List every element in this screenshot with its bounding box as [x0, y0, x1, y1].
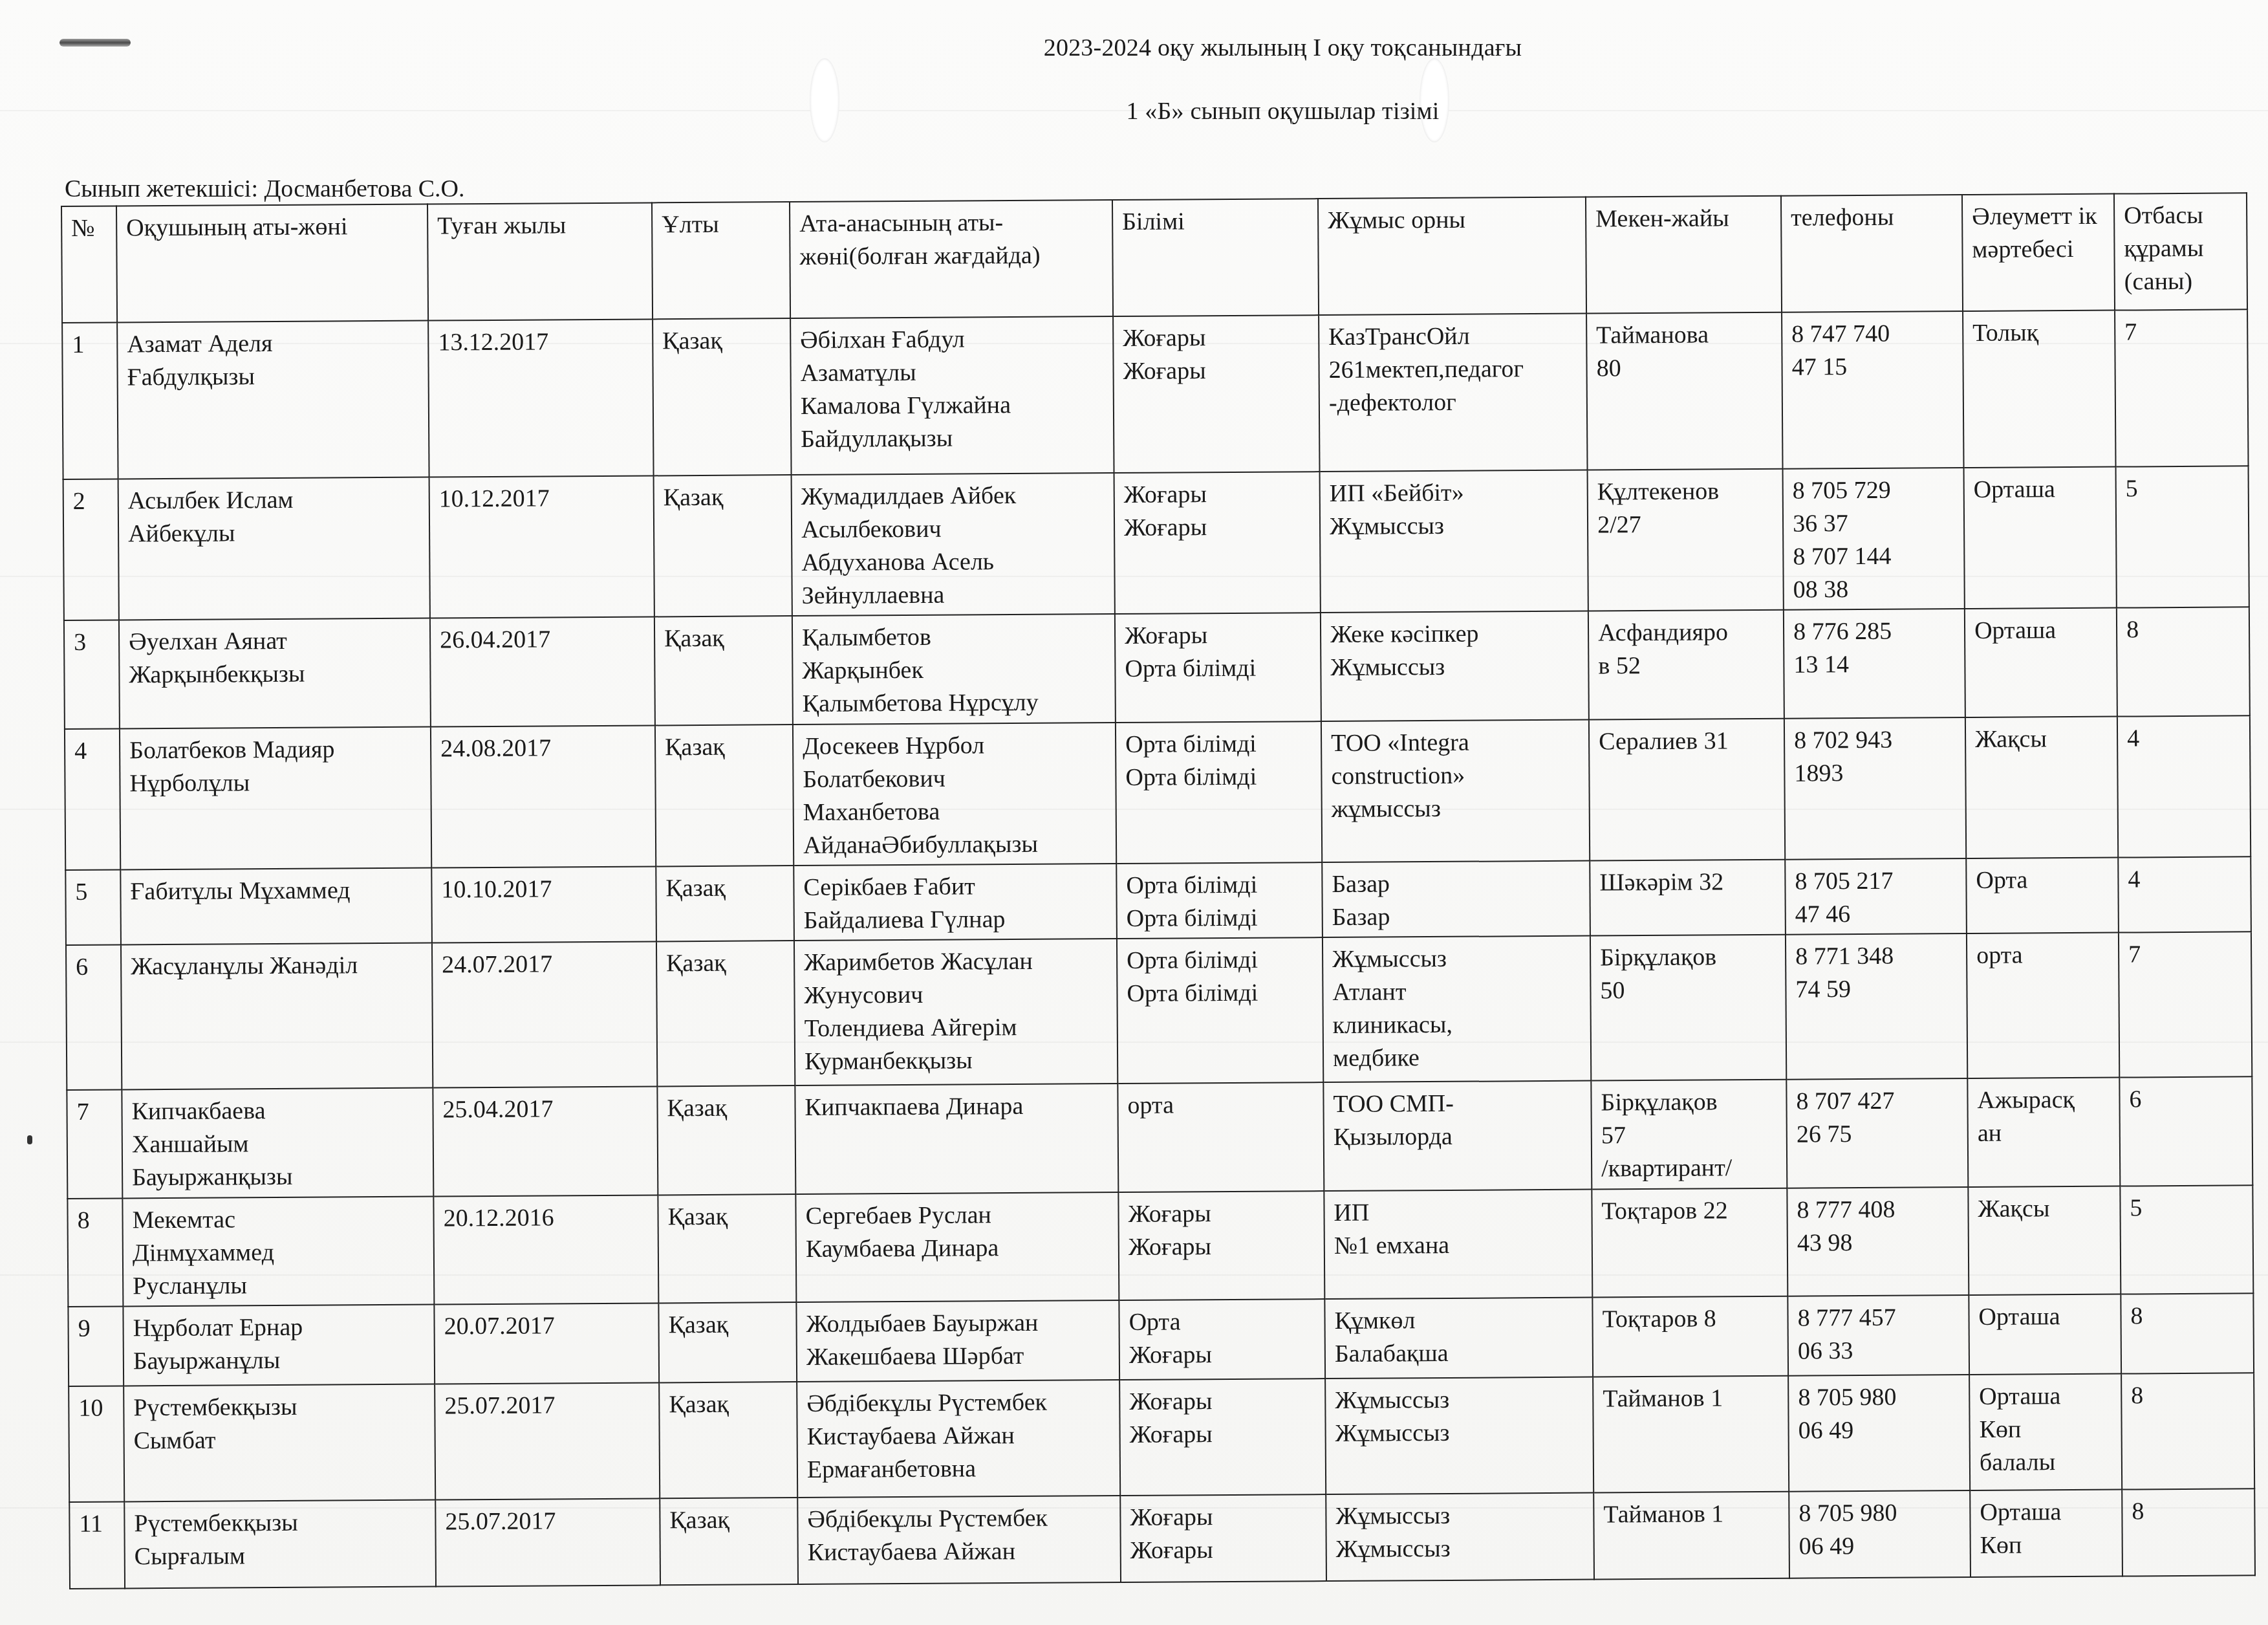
cell-address: Сералиев 31: [1589, 719, 1785, 861]
cell-birth-date: 26.04.2017: [430, 616, 655, 726]
cell-birth-date: 24.07.2017: [432, 941, 657, 1087]
cell-parents: Жаримбетов ЖасұланЖунусовичТолендиева Ай…: [794, 939, 1118, 1085]
cell-address: Тайманова80: [1586, 312, 1782, 470]
cell-address-line: Шәкәрім 32: [1599, 866, 1778, 900]
cell-address-line: Сералиев 31: [1599, 725, 1777, 759]
cell-education-line: Жоғары: [1123, 354, 1312, 388]
cell-social-status-line: Орташа: [1978, 1300, 2113, 1334]
cell-parents-line: Сергебаев Руслан: [805, 1198, 1111, 1233]
header-number: №: [61, 206, 117, 323]
cell-social-status: ОрташаКөп: [1970, 1490, 2122, 1577]
table-row: 6Жасұланұлы Жанәділ24.07.2017ҚазақЖаримб…: [66, 932, 2252, 1090]
table-row: 10РүстембекқызыСымбат25.07.2017ҚазақӘбді…: [69, 1373, 2254, 1502]
cell-education-line: орта: [1127, 1088, 1316, 1122]
cell-workplace: ИП№1 емхана: [1324, 1190, 1592, 1300]
cell-education: ЖоғарыЖоғары: [1118, 1191, 1324, 1300]
cell-nationality: Қазақ: [656, 941, 795, 1086]
cell-education: Орта білімдіОрта білімді: [1116, 862, 1323, 939]
cell-nationality: Қазақ: [659, 1382, 797, 1498]
cell-student-name-line: Кипчакбаева: [131, 1094, 426, 1129]
cell-education-line: Жоғары: [1130, 1500, 1319, 1534]
cell-student-name-line: Сырғалым: [135, 1539, 429, 1574]
cell-student-name-line: Мекемтас: [132, 1203, 426, 1238]
cell-education-line: Жоғары: [1125, 618, 1313, 653]
cell-parents: Кипчакпаева Динара: [795, 1084, 1118, 1194]
cell-parents-line: Жолдыбаев Бауыржан: [806, 1306, 1112, 1341]
cell-phone-line: 8 705 980: [1798, 1496, 1963, 1531]
cell-number: 5: [65, 869, 121, 945]
cell-number: 4: [65, 728, 120, 870]
cell-workplace: КазТрансОйл261мектеп,педагог-дефектолог: [1319, 314, 1587, 472]
cell-phone: 8 702 9431893: [1784, 717, 1966, 860]
cell-workplace: ЖұмыссызАтлантклиникасы,медбике: [1323, 936, 1591, 1083]
cell-workplace: ЖұмыссызЖұмыссыз: [1325, 1377, 1593, 1495]
cell-student-name: Нұрболат ЕрнарБауыржанұлы: [123, 1305, 435, 1386]
scan-speck: [27, 1135, 32, 1144]
cell-address: Тоқтаров 8: [1592, 1296, 1788, 1377]
cell-education-line: Жоғары: [1128, 1197, 1317, 1231]
cell-parents-line: Қалымбетова Нұрсұлу: [803, 686, 1108, 721]
cell-workplace: Жеке кәсіпкерЖұмыссыз: [1321, 611, 1589, 722]
cell-phone-line: 8 705 729: [1793, 474, 1957, 508]
cell-family-size: 8: [2121, 1373, 2254, 1489]
cell-student-name-line: Болатбеков Мадияр: [129, 733, 424, 768]
class-supervisor: Сынып жетекшісі: Досманбетова С.О.: [65, 175, 465, 203]
cell-parents-line: Зейнуллаевна: [802, 578, 1108, 613]
cell-workplace-line: жұмыссыз: [1332, 792, 1582, 826]
cell-workplace: ЖұмыссызЖұмыссыз: [1326, 1493, 1594, 1582]
cell-nationality: Қазақ: [654, 616, 793, 725]
cell-phone-line: 06 49: [1798, 1413, 1962, 1448]
cell-social-status: Орташа: [1969, 1294, 2121, 1375]
cell-parents: Досекеев НұрболБолатбековичМаханбетоваАй…: [793, 723, 1116, 866]
cell-workplace-line: Қызылорда: [1334, 1120, 1584, 1154]
cell-parents-line: Маханбетова: [803, 794, 1109, 829]
cell-parents-line: Камалова Гүлжайна: [801, 388, 1107, 423]
table-row: 7КипчакбаеваХаншайымБауыржанқызы25.04.20…: [67, 1076, 2252, 1199]
cell-parents-line: Қалымбетов: [802, 620, 1108, 655]
cell-student-name-line: Азамат Аделя: [127, 327, 421, 362]
cell-education-line: Жоғары: [1129, 1230, 1317, 1264]
cell-parents-line: Байдалиева Гүлнар: [804, 902, 1110, 937]
cell-phone: 8 705 98006 49: [1789, 1490, 1971, 1578]
cell-phone-line: 8 707 427: [1796, 1084, 1960, 1118]
cell-student-name-line: Рүстембекқызы: [133, 1390, 427, 1425]
table-row: 9Нұрболат ЕрнарБауыржанұлы20.07.2017Қаза…: [68, 1293, 2254, 1386]
cell-phone: 8 771 34874 59: [1786, 933, 1967, 1080]
cell-workplace-line: -дефектолог: [1329, 386, 1580, 420]
cell-address-line: 2/27: [1597, 508, 1776, 542]
cell-number: 7: [67, 1089, 122, 1199]
cell-parents-line: Азаматұлы: [800, 355, 1106, 390]
cell-phone-line: 8 707 144: [1793, 540, 1957, 574]
cell-family-size: 5: [2120, 1185, 2253, 1294]
header-birth-date: Туған жылы: [427, 202, 653, 320]
cell-parents: Жумадилдаев АйбекАсылбековичАбдуханова А…: [792, 473, 1115, 616]
cell-social-status-line: Ажырасқ: [1977, 1084, 2112, 1117]
cell-social-status: Ажырасқан: [1967, 1078, 2120, 1187]
cell-address-line: в 52: [1598, 649, 1777, 683]
cell-education: Орта білімдіОрта білімді: [1117, 937, 1323, 1084]
cell-birth-date: 20.07.2017: [434, 1303, 659, 1384]
header-education: Білімі: [1112, 199, 1319, 316]
document-subtitle: 1 «Б» сынып оқушылар тізімі: [149, 97, 2268, 125]
cell-number: 10: [69, 1386, 124, 1502]
cell-workplace-line: Базар: [1332, 900, 1583, 934]
cell-student-name: Асылбек ИсламАйбекұлы: [118, 477, 430, 620]
cell-student-name: РүстембекқызыСымбат: [124, 1384, 435, 1502]
cell-phone-line: 8 777 457: [1797, 1301, 1961, 1335]
cell-student-name-line: Русланұлы: [133, 1269, 427, 1303]
cell-nationality: Қазақ: [655, 725, 794, 866]
cell-address: Асфандияров 52: [1588, 610, 1784, 720]
cell-parents-line: Жакешбаева Шәрбат: [806, 1339, 1112, 1374]
cell-workplace-line: Жұмыссыз: [1332, 942, 1583, 976]
cell-parents-line: Кипчакпаева Динара: [805, 1089, 1110, 1124]
cell-social-status: Жақсы: [1968, 1186, 2121, 1295]
cell-education-line: Жоғары: [1129, 1384, 1318, 1419]
cell-student-name: Жасұланұлы Жанәділ: [121, 943, 433, 1090]
cell-family-size: 7: [2119, 932, 2252, 1077]
cell-address: Тайманов 1: [1593, 1492, 1789, 1580]
table-body: 1Азамат АделяҒабдулқызы13.12.2017ҚазақӘб…: [62, 309, 2255, 1589]
table-row: 8МекемтасДінмұхаммедРусланұлы20.12.2016Қ…: [67, 1185, 2253, 1307]
cell-parents-line: Кистаубаева Айжан: [808, 1534, 1114, 1569]
cell-family-size: 8: [2122, 1489, 2255, 1576]
document-title: 2023-2024 оқу жылының І оқу тоқсанындағы: [149, 34, 2268, 62]
cell-workplace-line: Құмкөл: [1334, 1303, 1585, 1338]
cell-social-status-line: Орташа: [1974, 614, 2110, 648]
cell-birth-date: 10.10.2017: [431, 866, 656, 943]
cell-phone-line: 8 747 740: [1791, 317, 1956, 351]
cell-education: ЖоғарыОрта білімді: [1115, 613, 1321, 723]
cell-workplace-line: ТОО СМП-: [1333, 1087, 1584, 1121]
cell-number: 8: [67, 1198, 123, 1307]
cell-workplace-line: клиникасы,: [1333, 1008, 1584, 1042]
cell-phone: 8 776 28513 14: [1784, 609, 1965, 719]
cell-nationality: Қазақ: [653, 318, 791, 475]
cell-workplace-line: Жұмыссыз: [1336, 1532, 1587, 1566]
cell-address-line: Тоқтаров 22: [1601, 1194, 1780, 1228]
cell-address: Тоқтаров 22: [1592, 1188, 1787, 1298]
cell-education: ЖоғарыЖоғары: [1113, 315, 1319, 473]
cell-workplace-line: Жұмыссыз: [1330, 509, 1581, 543]
cell-social-status-line: балалы: [1980, 1446, 2115, 1479]
cell-education-line: Жоғары: [1130, 1533, 1319, 1567]
cell-student-name-line: Жарқынбекқызы: [129, 657, 423, 692]
cell-address-line: Бірқұлақов: [1601, 1085, 1779, 1120]
cell-phone-line: 8 776 285: [1793, 615, 1958, 649]
cell-address: Бірқұлақов57/квартирант/: [1591, 1080, 1787, 1190]
cell-social-status: ОрташаКөпбалалы: [1969, 1374, 2122, 1490]
cell-number: 11: [69, 1501, 125, 1589]
cell-student-name-line: Жасұланұлы Жанәділ: [131, 949, 425, 984]
cell-number: 6: [66, 944, 122, 1090]
cell-parents-line: Әбілхан Ғабдул: [800, 322, 1106, 357]
cell-social-status-line: Толық: [1972, 316, 2108, 350]
cell-phone-line: 26 75: [1797, 1117, 1961, 1151]
header-parents: Ата-анасының аты-жөні(болған жағдайда): [790, 200, 1113, 318]
cell-social-status: Орташа: [1965, 608, 2117, 717]
cell-social-status: Орта: [1966, 858, 2119, 933]
cell-parents-line: Жумадилдаев Айбек: [801, 479, 1107, 514]
cell-address-line: Тайманов 1: [1603, 1382, 1781, 1416]
cell-birth-date: 25.04.2017: [433, 1086, 658, 1196]
header-nationality: Ұлты: [652, 202, 790, 319]
cell-education: ЖоғарыЖоғары: [1119, 1379, 1326, 1496]
cell-address: Құлтекенов2/27: [1588, 469, 1784, 611]
table-row: 3Әуелхан АянатЖарқынбекқызы26.04.2017Қаз…: [64, 607, 2250, 729]
cell-workplace-line: Жұмыссыз: [1330, 650, 1581, 684]
cell-nationality: Қазақ: [660, 1498, 798, 1585]
cell-education-line: Орта білімді: [1125, 760, 1314, 794]
cell-phone-line: 06 33: [1798, 1334, 1962, 1368]
cell-phone: 8 705 72936 378 707 14408 38: [1783, 468, 1965, 610]
cell-parents-line: Әбдібекұлы Рүстембек: [807, 1501, 1113, 1536]
cell-phone-line: 13 14: [1793, 648, 1958, 682]
cell-education-line: Жоғары: [1129, 1417, 1318, 1452]
cell-social-status-line: Жақсы: [1978, 1192, 2113, 1226]
cell-parents-line: Әбдібекұлы Рүстембек: [806, 1386, 1112, 1421]
header-family-size: Отбасы құрамы (саны): [2114, 193, 2247, 310]
cell-workplace-line: КазТрансОйл: [1328, 320, 1579, 354]
cell-family-size: 4: [2118, 856, 2251, 932]
cell-family-size: 8: [2121, 1293, 2254, 1373]
header-social-status: Әлеуметт ік мәртебесі: [1962, 194, 2115, 311]
cell-address-line: 80: [1596, 351, 1775, 386]
header-student-name: Оқушының аты-жөні: [116, 204, 428, 323]
cell-education-line: Орта білімді: [1127, 976, 1315, 1010]
cell-workplace-line: №1 емхана: [1334, 1228, 1585, 1263]
cell-birth-date: 10.12.2017: [429, 475, 654, 618]
cell-education-line: Жоғары: [1124, 510, 1313, 545]
cell-family-size: 7: [2115, 309, 2248, 466]
cell-number: 3: [64, 620, 120, 729]
cell-student-name-line: Бауыржанқызы: [132, 1160, 426, 1195]
cell-education-line: Орта білімді: [1125, 727, 1314, 761]
cell-parents: Әбдібекұлы РүстембекКистаубаева АйжанЕрм…: [797, 1380, 1120, 1498]
cell-phone-line: 8 771 348: [1795, 939, 1960, 974]
cell-phone: 8 777 45706 33: [1787, 1295, 1969, 1376]
cell-student-name: Ғабитұлы Мұхаммед: [120, 868, 432, 945]
cell-parents-line: Абдуханова Асель: [801, 545, 1107, 580]
cell-family-size: 5: [2116, 466, 2249, 607]
cell-workplace-line: ИП: [1334, 1195, 1584, 1230]
cell-student-name-line: Айбекұлы: [128, 516, 422, 551]
cell-address-line: 57: [1601, 1118, 1780, 1153]
table-row: 11РүстембекқызыСырғалым25.07.2017ҚазақӘб…: [69, 1489, 2255, 1589]
cell-phone-line: 47 15: [1791, 350, 1956, 384]
staple-mark-icon: [59, 39, 131, 47]
cell-address: Бірқұлақов50: [1590, 935, 1786, 1081]
cell-parents-line: Курманбекқызы: [805, 1043, 1110, 1078]
cell-parents-line: Толендиева Айгерім: [805, 1010, 1110, 1045]
cell-student-name-line: Дінмұхаммед: [133, 1236, 427, 1271]
header-address: Мекен-жайы: [1586, 196, 1782, 314]
cell-number: 2: [63, 479, 119, 620]
cell-social-status-line: Орта: [1976, 864, 2111, 897]
cell-nationality: Қазақ: [658, 1302, 797, 1382]
cell-parents-line: Байдуллақызы: [801, 421, 1107, 456]
cell-social-status-line: Көп: [1979, 1413, 2114, 1446]
cell-social-status-line: Орташа: [1974, 473, 2109, 507]
cell-workplace: ИП «Бейбіт»Жұмыссыз: [1320, 470, 1588, 613]
cell-student-name-line: Бауыржанұлы: [133, 1344, 427, 1379]
cell-address-line: Тоқтаров 8: [1602, 1302, 1780, 1336]
cell-phone: 8 705 21747 46: [1785, 858, 1967, 935]
cell-phone-line: 36 37: [1793, 507, 1957, 541]
cell-address: Тайманов 1: [1593, 1376, 1789, 1493]
cell-phone-line: 8 705 217: [1795, 864, 1959, 899]
cell-parents-line: Жарқынбек: [802, 653, 1108, 688]
cell-social-status-line: Орташа: [1979, 1380, 2114, 1413]
cell-workplace: ҚұмкөлБалабақша: [1324, 1298, 1593, 1379]
cell-workplace-line: Атлант: [1332, 975, 1583, 1009]
cell-workplace-line: ТОО «Integra: [1331, 726, 1582, 760]
cell-student-name-line: Ғабдулқызы: [127, 360, 421, 395]
cell-workplace-line: construction»: [1331, 759, 1582, 793]
header-workplace: Жұмыс орны: [1318, 197, 1586, 316]
cell-student-name-line: Сымбат: [134, 1423, 428, 1458]
cell-family-size: 6: [2119, 1076, 2252, 1186]
cell-parents: Жолдыбаев БауыржанЖакешбаева Шәрбат: [796, 1300, 1119, 1382]
cell-birth-date: 24.08.2017: [431, 725, 656, 867]
cell-phone-line: 74 59: [1795, 972, 1960, 1007]
table-row: 2Асылбек ИсламАйбекұлы10.12.2017ҚазақЖум…: [63, 466, 2249, 620]
cell-parents-line: Асылбекович: [801, 512, 1107, 547]
cell-nationality: Қазақ: [654, 475, 792, 616]
cell-number: 9: [68, 1306, 124, 1386]
cell-phone: 8 777 40843 98: [1787, 1187, 1969, 1296]
cell-parents-line: Жунусович: [804, 977, 1110, 1012]
cell-parents-line: Кистаубаева Айжан: [806, 1419, 1112, 1454]
cell-education: Орта білімдіОрта білімді: [1116, 721, 1322, 864]
cell-phone: 8 707 42726 75: [1786, 1078, 1968, 1188]
scanned-page: 2023-2024 оқу жылының І оқу тоқсанындағы…: [0, 0, 2268, 1625]
cell-phone-line: 8 705 980: [1798, 1380, 1962, 1415]
cell-parents: Әбдібекұлы РүстембекКистаубаева Айжан: [797, 1496, 1121, 1584]
cell-address-line: 50: [1600, 974, 1778, 1008]
cell-family-size: 4: [2117, 715, 2251, 857]
cell-birth-date: 25.07.2017: [435, 1382, 660, 1500]
cell-social-status-line: Көп: [1980, 1529, 2115, 1562]
cell-workplace-line: ИП «Бейбіт»: [1330, 476, 1581, 510]
cell-social-status-line: Жақсы: [1975, 723, 2110, 756]
cell-workplace: ТОО «Integraconstruction»жұмыссыз: [1321, 720, 1590, 863]
cell-workplace: БазарБазар: [1322, 861, 1590, 938]
cell-nationality: Қазақ: [657, 1085, 795, 1195]
cell-nationality: Қазақ: [656, 866, 794, 941]
cell-family-size: 8: [2117, 607, 2250, 716]
cell-workplace-line: Жұмыссыз: [1335, 1383, 1586, 1417]
cell-phone-line: 8 702 943: [1794, 723, 1958, 758]
cell-phone-line: 43 98: [1797, 1226, 1961, 1260]
cell-parents-line: Серікбаев Ғабит: [803, 869, 1109, 904]
cell-social-status: орта: [1967, 933, 2119, 1078]
cell-parents: Серікбаев ҒабитБайдалиева Гүлнар: [794, 864, 1117, 941]
cell-student-name-line: Ғабитұлы Мұхаммед: [130, 874, 424, 909]
cell-education: ЖоғарыЖоғары: [1120, 1494, 1326, 1582]
cell-social-status: Орташа: [1964, 467, 2117, 609]
cell-education-line: Жоғары: [1124, 477, 1313, 512]
cell-student-name: КипчакбаеваХаншайымБауыржанқызы: [122, 1088, 433, 1199]
cell-student-name-line: Рүстембекқызы: [134, 1506, 428, 1541]
cell-address-line: /квартирант/: [1601, 1151, 1780, 1186]
cell-student-name-line: Әуелхан Аянат: [129, 624, 423, 659]
cell-parents: ҚалымбетовЖарқынбекҚалымбетова Нұрсұлу: [792, 614, 1116, 725]
cell-workplace-line: Балабақша: [1335, 1336, 1586, 1371]
cell-social-status-line: ан: [1978, 1117, 2113, 1150]
cell-workplace-line: медбике: [1333, 1041, 1584, 1075]
cell-address: Шәкәрім 32: [1590, 860, 1786, 936]
cell-student-name-line: Нұрболұлы: [129, 766, 424, 801]
cell-social-status-line: орта: [1976, 939, 2111, 972]
cell-workplace-line: 261мектеп,педагог: [1328, 353, 1579, 387]
cell-birth-date: 25.07.2017: [435, 1498, 660, 1586]
cell-phone-line: 08 38: [1793, 573, 1958, 607]
cell-education-line: Орта білімді: [1127, 943, 1315, 977]
cell-parents-line: Жаримбетов Жасұлан: [804, 944, 1110, 979]
cell-phone-line: 47 46: [1795, 897, 1960, 932]
cell-workplace-line: Жұмыссыз: [1335, 1416, 1586, 1450]
cell-parents-line: Досекеев Нұрбол: [803, 728, 1108, 763]
cell-student-name: Азамат АделяҒабдулқызы: [117, 321, 429, 479]
table-row: 4Болатбеков МадиярНұрболұлы24.08.2017Қаз…: [65, 715, 2251, 870]
cell-student-name-line: Ханшайым: [132, 1127, 426, 1162]
cell-education-line: Орта: [1129, 1305, 1317, 1339]
cell-parents: Әбілхан ҒабдулАзаматұлыКамалова Гүлжайна…: [790, 316, 1114, 475]
cell-address-line: Тайманова: [1596, 318, 1775, 353]
cell-education-line: Орта білімді: [1126, 868, 1315, 902]
cell-phone-line: 1893: [1794, 756, 1958, 791]
cell-education-line: Жоғары: [1129, 1338, 1318, 1372]
header-phone: телефоны: [1781, 195, 1963, 312]
cell-parents: Сергебаев РусланКаумбаева Динара: [795, 1192, 1119, 1302]
cell-student-name: Әуелхан АянатЖарқынбекқызы: [119, 618, 431, 729]
cell-address-line: Бірқұлақов: [1600, 941, 1778, 975]
cell-social-status: Толық: [1963, 311, 2115, 468]
cell-student-name: Болатбеков МадиярНұрболұлы: [120, 727, 431, 870]
cell-student-name-line: Асылбек Ислам: [128, 483, 422, 518]
cell-parents-line: Ермағанбетовна: [807, 1452, 1113, 1487]
cell-education-line: Жоғары: [1123, 321, 1312, 355]
cell-address-line: Асфандияро: [1598, 616, 1777, 650]
cell-social-status-line: Орташа: [1980, 1496, 2115, 1529]
table-row: 5Ғабитұлы Мұхаммед10.10.2017ҚазақСерікба…: [65, 856, 2251, 945]
cell-workplace-line: Жұмыссыз: [1335, 1499, 1586, 1533]
table-row: 1Азамат АделяҒабдулқызы13.12.2017ҚазақӘб…: [62, 309, 2248, 479]
cell-education: ЖоғарыЖоғары: [1114, 472, 1321, 614]
cell-phone-line: 8 777 408: [1797, 1193, 1961, 1227]
cell-social-status: Жақсы: [1965, 717, 2118, 858]
cell-education-line: Орта білімді: [1125, 651, 1313, 686]
cell-birth-date: 20.12.2016: [433, 1195, 658, 1304]
cell-nationality: Қазақ: [658, 1194, 796, 1303]
cell-education: ОртаЖоғары: [1119, 1299, 1325, 1380]
cell-workplace-line: Базар: [1332, 867, 1582, 901]
cell-workplace: ТОО СМП-Қызылорда: [1323, 1081, 1592, 1192]
cell-student-name: МекемтасДінмұхаммедРусланұлы: [122, 1197, 434, 1307]
cell-birth-date: 13.12.2017: [428, 319, 653, 477]
student-roster-table: №Оқушының аты-жөніТуған жылыҰлтыАта-анас…: [61, 192, 2256, 1589]
cell-education-line: Орта білімді: [1127, 901, 1315, 935]
cell-student-name: РүстембекқызыСырғалым: [124, 1500, 436, 1588]
cell-phone: 8 705 98006 49: [1788, 1375, 1970, 1492]
cell-address-line: Құлтекенов: [1597, 475, 1776, 509]
cell-parents-line: Каумбаева Динара: [806, 1231, 1112, 1266]
cell-parents-line: АйданаӘбибуллақызы: [803, 827, 1109, 862]
cell-address-line: Тайманов 1: [1603, 1498, 1782, 1532]
